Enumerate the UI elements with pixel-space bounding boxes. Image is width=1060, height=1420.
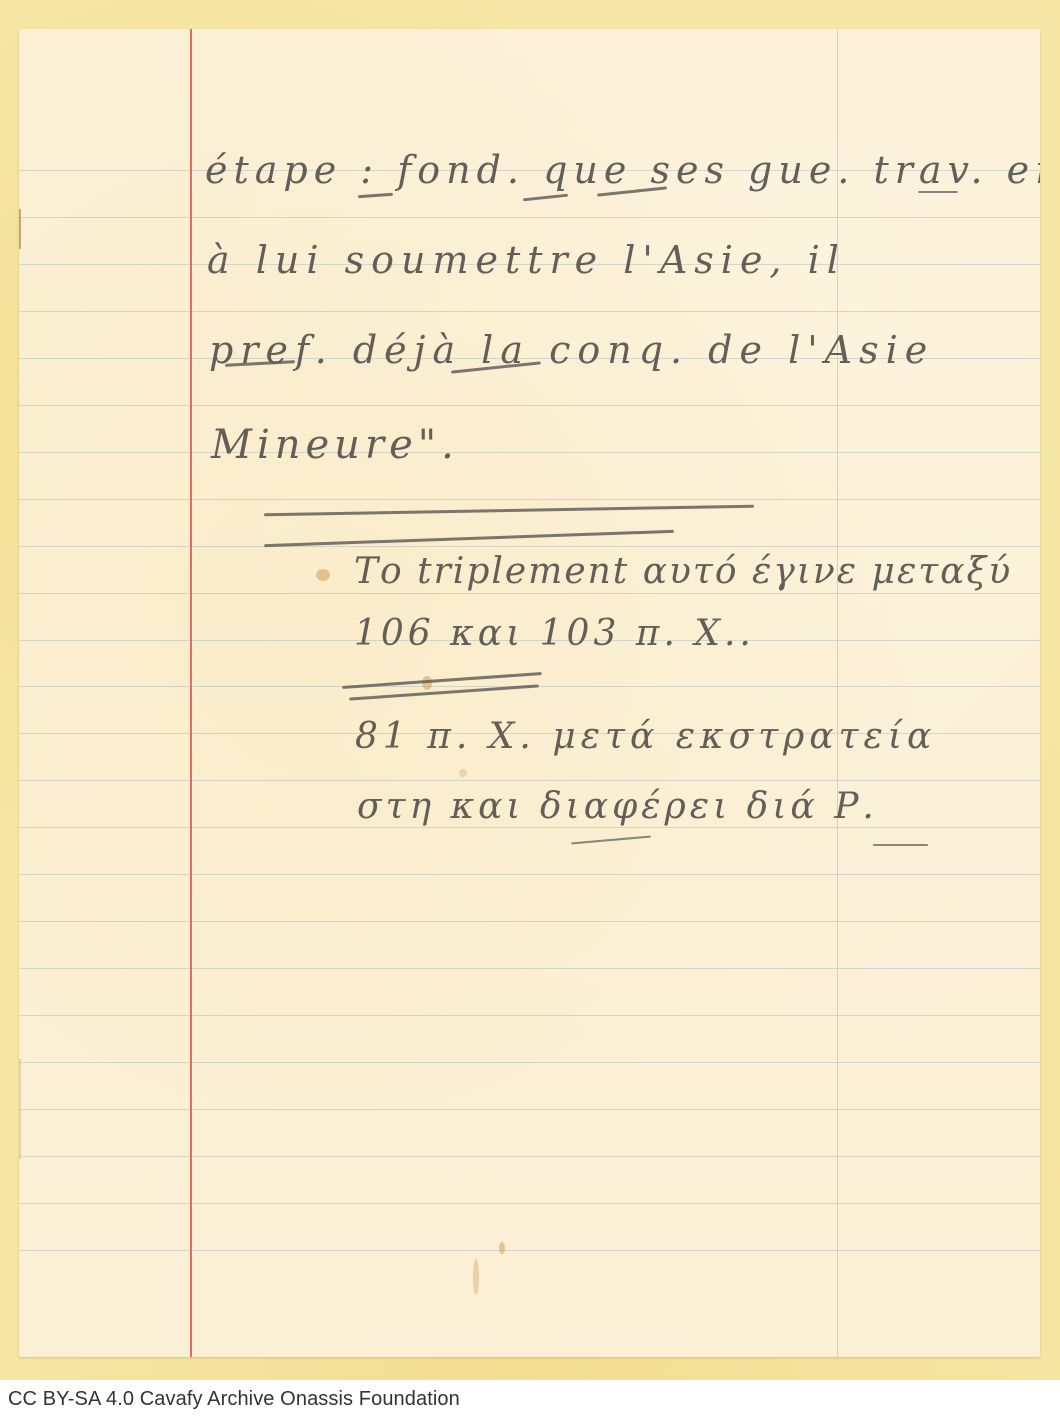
foxing-stain (316, 569, 330, 581)
separator-stroke (264, 505, 754, 517)
underline-stroke (918, 191, 958, 193)
red-margin-line (190, 29, 192, 1357)
ruled-line (19, 311, 1040, 312)
ruled-line (19, 827, 1040, 828)
underline-stroke (571, 836, 651, 845)
handwritten-line-7: 81 π. Χ. μετά εκστρατεία (355, 719, 936, 755)
foxing-stain (459, 769, 467, 777)
binding-edge-mark (19, 1059, 21, 1159)
ruled-line (19, 1250, 1040, 1251)
ruled-line (19, 1109, 1040, 1110)
handwritten-line-6: 106 και 103 π. Χ.. (354, 616, 755, 652)
handwritten-line-4: Mineure". (211, 425, 459, 465)
ruled-line (19, 452, 1040, 453)
underline-stroke (523, 194, 568, 202)
ruled-line (19, 1015, 1040, 1016)
handwritten-line-2: à lui soumettre l'Asie, il (207, 241, 846, 279)
ruled-line (19, 546, 1040, 547)
handwritten-line-1: étape : fond. que ses gue. trav. ene (205, 151, 1040, 189)
ruled-line (19, 968, 1040, 969)
ruled-line (19, 780, 1040, 781)
foxing-stain (499, 1242, 505, 1254)
binding-edge-mark (19, 209, 21, 249)
ruled-line (19, 921, 1040, 922)
handwritten-line-3: pref. déjà la conq. de l'Asie (209, 331, 934, 369)
underline-stroke (358, 193, 393, 198)
ruled-line (19, 1203, 1040, 1204)
ruled-line (19, 1156, 1040, 1157)
underline-stroke (873, 844, 928, 846)
ruled-line (19, 499, 1040, 500)
ruled-line (19, 874, 1040, 875)
handwritten-line-8: στη και διαφέρει διά Ρ. (357, 789, 878, 825)
ruled-line (19, 405, 1040, 406)
license-credit: CC BY-SA 4.0 Cavafy Archive Onassis Foun… (8, 1388, 460, 1411)
separator-stroke (264, 530, 674, 547)
manuscript-page: étape : fond. que ses gue. trav. ene à l… (19, 29, 1040, 1357)
handwritten-line-5: Το triplement αυτό έγινε μεταξύ (354, 554, 1012, 590)
ruled-line (19, 1062, 1040, 1063)
footer-bar: CC BY-SA 4.0 Cavafy Archive Onassis Foun… (0, 1380, 1060, 1420)
ruled-line (19, 217, 1040, 218)
faint-right-margin-line (837, 29, 838, 1357)
ruled-line (19, 593, 1040, 594)
scanned-manuscript: étape : fond. que ses gue. trav. ene à l… (0, 0, 1060, 1380)
foxing-stain (473, 1259, 479, 1295)
